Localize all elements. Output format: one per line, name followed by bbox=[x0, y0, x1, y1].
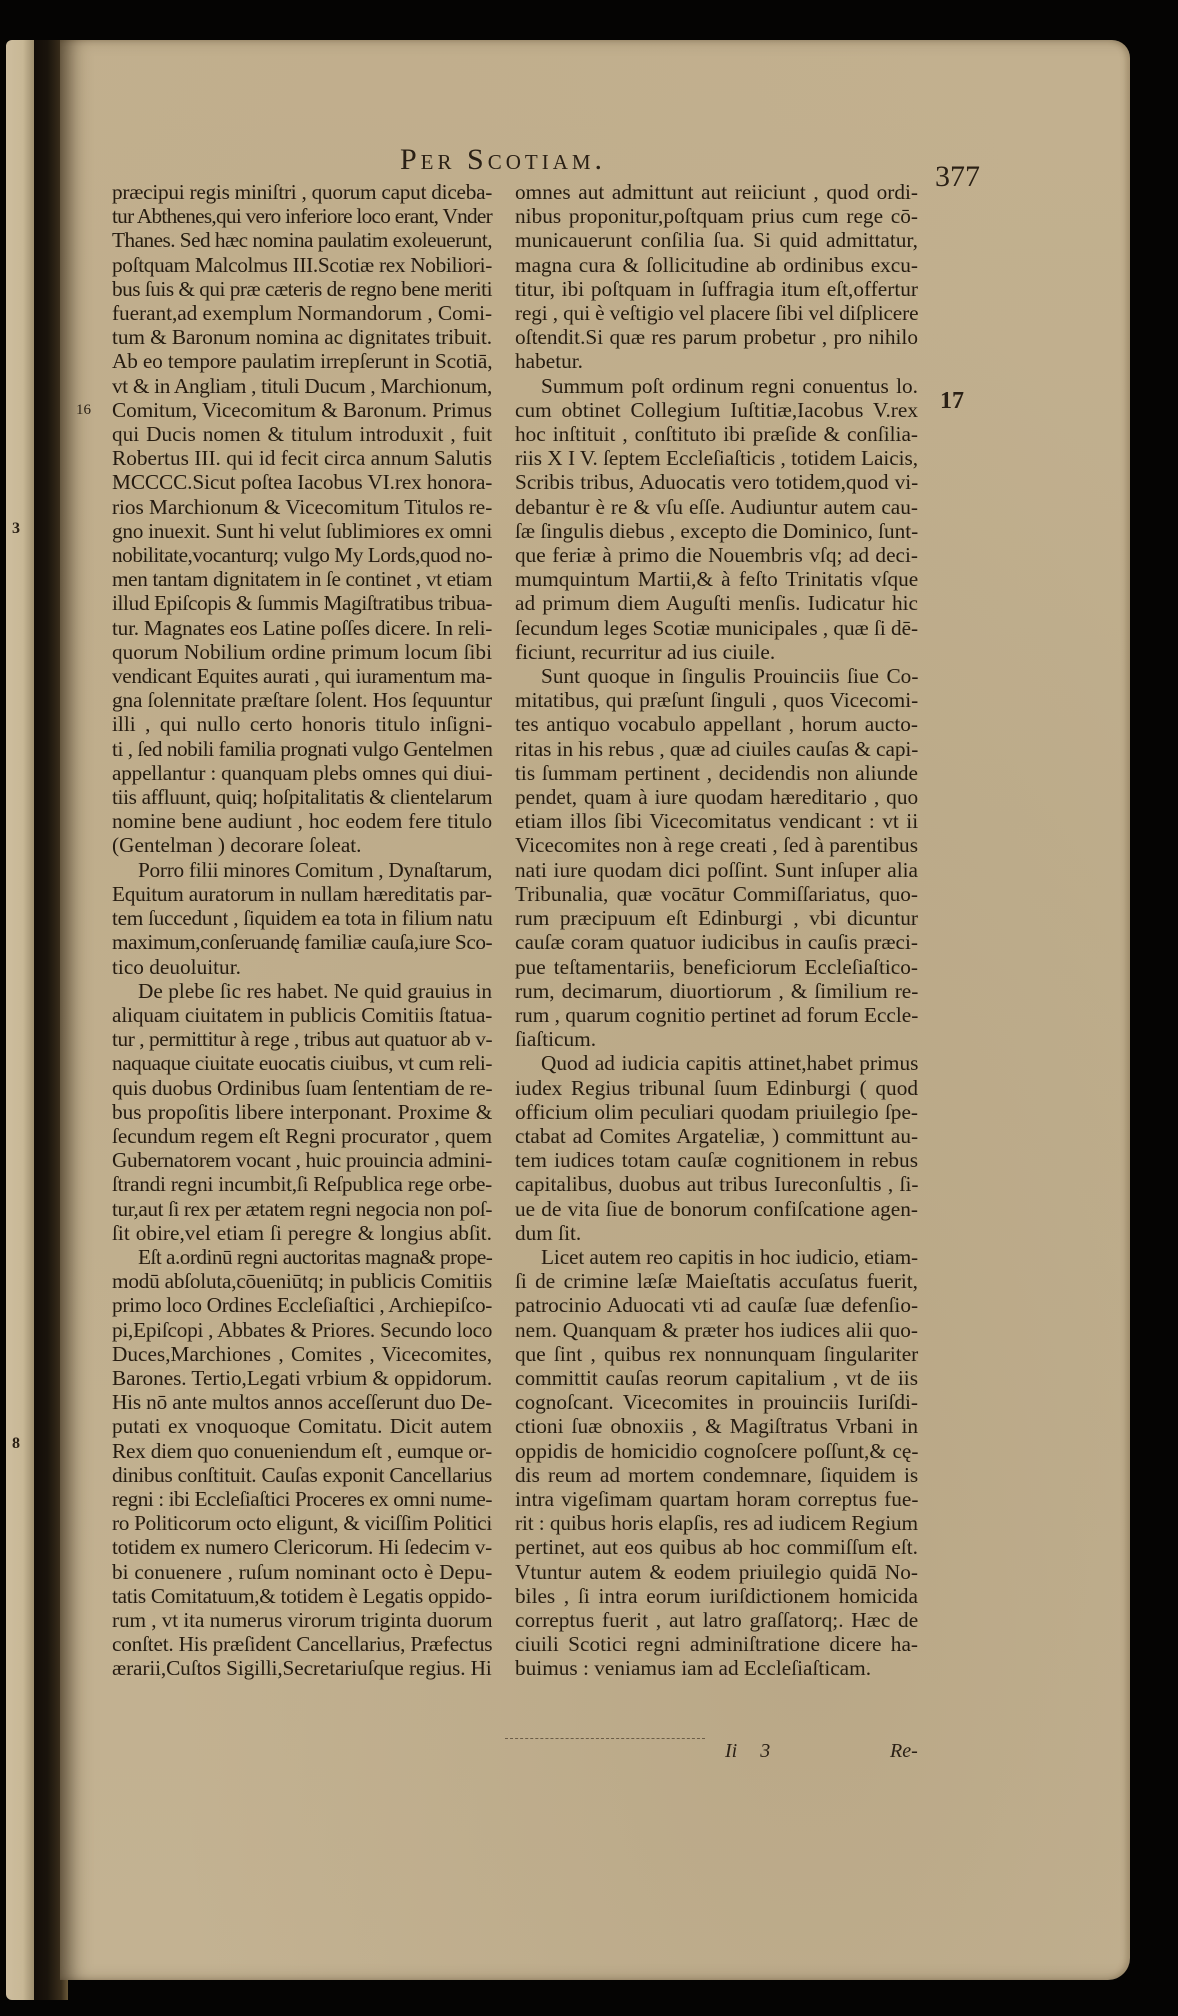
text-line: bi conuenere , ruſum nominant octo è Dep… bbox=[112, 1560, 492, 1584]
text-line: rum, decimarum, diuortiorum , & ſimilium… bbox=[515, 979, 918, 1003]
text-line: dis reum ad mortem condemnare, ſiquidem … bbox=[515, 1463, 918, 1487]
text-line: dinibus conſtituit. Cauſas exponit Cance… bbox=[112, 1463, 492, 1487]
text-line: totidem ex numero Clericorum. Hi ſedecim… bbox=[112, 1535, 492, 1559]
text-line: ærarii,Cuſtos Sigilli,Secretariuſque reg… bbox=[112, 1656, 492, 1680]
text-line: hoc inſtituit , conſtituto ibi præſide &… bbox=[515, 422, 918, 446]
text-line: tur. Magnates eos Latine poſſes dicere. … bbox=[112, 616, 492, 640]
text-line: quorum Nobilium ordine primum locum ſibi bbox=[112, 640, 492, 664]
text-line: Scribis tribus, Aduocatis vero totidem,q… bbox=[515, 470, 918, 494]
text-line: ad primum diem Auguſti menſis. Iudicatur… bbox=[515, 591, 918, 615]
text-line: habetur. bbox=[515, 349, 918, 373]
text-line: dum ſit. bbox=[515, 1221, 918, 1245]
text-line: Tribunalia, quæ vocātur Commiſſariatus, … bbox=[515, 882, 918, 906]
text-line: Porro filii minores Comitum , Dynaſtarum… bbox=[112, 858, 492, 882]
text-line: nibus proponitur,poſtquam prius cum rege… bbox=[515, 204, 918, 228]
text-line: nomine bene audiunt , hoc eodem fere tit… bbox=[112, 809, 492, 833]
text-line: Robertus III. qui id fecit circa annum S… bbox=[112, 446, 492, 470]
text-line: Quod ad iudicia capitis attinet,habet pr… bbox=[515, 1051, 918, 1075]
text-line: Barones. Tertio,Legati vrbium & oppidoru… bbox=[112, 1366, 492, 1390]
text-line: tur Abthenes,qui vero inferiore loco era… bbox=[112, 204, 492, 228]
text-line: (Gentelman ) decorare ſoleat. bbox=[112, 833, 492, 857]
margin-note-right: 17 bbox=[940, 388, 964, 415]
text-line: Gubernatorem vocant , huic prouincia adm… bbox=[112, 1148, 492, 1172]
text-line: ue de vita ſiue de bonorum confiſcatione… bbox=[515, 1197, 918, 1221]
text-line: tes antiquo vocabulo appellant , horum a… bbox=[515, 712, 918, 736]
text-line: ctabat ad Comites Argateliæ, ) committun… bbox=[515, 1124, 918, 1148]
text-line: rum præcipuum eſt Edinburgi , vbi dicunt… bbox=[515, 906, 918, 930]
text-line: ctioni ſuæ obnoxiis , & Magiſtratus Vrba… bbox=[515, 1414, 918, 1438]
text-line: iudex Regius tribunal ſuum Edinburgi ( q… bbox=[515, 1076, 918, 1100]
text-line: fuerant,ad exemplum Normandorum , Comi- bbox=[112, 301, 492, 325]
text-line: ſit obire,vel etiam ſi peregre & longius… bbox=[112, 1221, 492, 1245]
text-line: Duces,Marchiones , Comites , Vicecomites… bbox=[112, 1342, 492, 1366]
text-line: committit cauſas reorum capitalium , vt … bbox=[515, 1366, 918, 1390]
text-line: cauſæ coram quatuor iudicibus in cauſis … bbox=[515, 930, 918, 954]
text-line: bus propoſitis libere interponant. Proxi… bbox=[112, 1100, 492, 1124]
text-line: rios Marchionum & Vicecomitum Titulos re… bbox=[112, 495, 492, 519]
text-line: Equitum auratorum in nullam hæreditatis … bbox=[112, 882, 492, 906]
text-line: His nō ante multos annos acceſſerunt duo… bbox=[112, 1390, 492, 1414]
text-line: cum obtinet Collegium Iuſtitiæ,Iacobus V… bbox=[515, 398, 918, 422]
text-line: que feriæ à primo die Nouembris vſq; ad … bbox=[515, 543, 918, 567]
text-line: aliquam ciuitatem in publicis Comitiis ſ… bbox=[112, 1003, 492, 1027]
text-line: ciuili Scotici regni adminiſtratione dic… bbox=[515, 1632, 918, 1656]
text-line: patrocinio Aduocati vti ad cauſæ ſuæ def… bbox=[515, 1293, 918, 1317]
text-line: illi , qui nullo certo honoris titulo in… bbox=[112, 712, 492, 736]
text-line: quis duobus Ordinibus ſuam ſententiam de… bbox=[112, 1076, 492, 1100]
text-line: De plebe ſic res habet. Ne quid grauius … bbox=[112, 979, 492, 1003]
previous-page-mark: 8 bbox=[12, 1435, 20, 1453]
text-line: ſecundum leges Scotiæ municipales , quæ … bbox=[515, 616, 918, 640]
text-line: qui Ducis nomen & titulum introduxit , f… bbox=[112, 422, 492, 446]
text-line: tur,aut ſi rex per ætatem regni negocia … bbox=[112, 1197, 492, 1221]
text-line: vt & in Angliam , tituli Ducum , Marchio… bbox=[112, 374, 492, 398]
text-line: regi , qui è veſtigio vel placere ſibi v… bbox=[515, 301, 918, 325]
text-line: officium olim peculiari quodam priuilegi… bbox=[515, 1100, 918, 1124]
text-line: putati ex vnoquoque Comitatu. Dicit aute… bbox=[112, 1414, 492, 1438]
text-line: magna cura & ſollicitudine ab ordinibus … bbox=[515, 253, 918, 277]
text-line: maximum,conſeruandę familiæ cauſa,iure S… bbox=[112, 930, 492, 954]
text-line: cognoſcant. Vicecomites in prouinciis Iu… bbox=[515, 1390, 918, 1414]
text-line: Licet autem reo capitis in hoc iudicio, … bbox=[515, 1245, 918, 1269]
text-line: oppidis de homicidio cognoſcere poſſunt,… bbox=[515, 1439, 918, 1463]
text-line: buimus : veniamus iam ad Eccleſiaſticam. bbox=[515, 1656, 918, 1680]
text-line: pertinet, aut eos quibus ab hoc commiſſu… bbox=[515, 1535, 918, 1559]
text-line: bus ſuis & qui præ cæteris de regno bene… bbox=[112, 277, 492, 301]
text-line: rit : quibus horis elapſis, res ad iudic… bbox=[515, 1511, 918, 1535]
text-line: conſtet. His præſident Cancellarius, Præ… bbox=[112, 1632, 492, 1656]
left-text-column: præcipui regis miniſtri , quorum caput d… bbox=[112, 180, 492, 1681]
text-line: ſecundum regem eſt Regni procurator , qu… bbox=[112, 1124, 492, 1148]
text-line: rum , quarum cognitio pertinet ad forum … bbox=[515, 1003, 918, 1027]
text-line: rum , vt ita numerus virorum triginta du… bbox=[112, 1608, 492, 1632]
text-line: tiis affluunt, quiq; hoſpitalitatis & cl… bbox=[112, 785, 492, 809]
text-line: ro Politicorum octo eligunt, & viciſſim … bbox=[112, 1511, 492, 1535]
text-line: ritas in his rebus , quæ ad ciuiles cauſ… bbox=[515, 737, 918, 761]
text-line: mitatibus, qui præſunt ſinguli , quos Vi… bbox=[515, 688, 918, 712]
text-line: ſi de crimine læſæ Maieſtatis accuſatus … bbox=[515, 1269, 918, 1293]
text-line: etiam illos ſibi Vicecomitatus vendicant… bbox=[515, 809, 918, 833]
text-line: correptus fuerit , aut latro graſſatorq;… bbox=[515, 1608, 918, 1632]
previous-page-edge: 3 8 bbox=[6, 40, 34, 2000]
text-line: Rex diem quo conueniendum eſt , eumque o… bbox=[112, 1439, 492, 1463]
text-line: Ab eo tempore paulatim irrepſerunt in Sc… bbox=[112, 349, 492, 373]
signature-mark: Ii 3 bbox=[725, 1740, 770, 1763]
text-line: oſtendit.Si quæ res parum probetur , pro… bbox=[515, 325, 918, 349]
text-line: men tantam dignitatem in ſe continet , v… bbox=[112, 567, 492, 591]
text-line: biles , ſi intra eorum iuriſdictionem ho… bbox=[515, 1584, 918, 1608]
underline-rule bbox=[505, 1738, 705, 1739]
text-line: ficiunt, recurritur ad ius ciuile. bbox=[515, 640, 918, 664]
text-line: tem ſuccedunt , ſiquidem ea tota in fili… bbox=[112, 906, 492, 930]
text-line: tum & Baronum nomina ac dignitates tribu… bbox=[112, 325, 492, 349]
text-line: illud Epiſcopis & ſummis Magiſtratibus t… bbox=[112, 591, 492, 615]
previous-page-mark: 3 bbox=[12, 520, 20, 538]
text-line: Vtuntur autem & eodem priuilegio quidā N… bbox=[515, 1560, 918, 1584]
text-line: omnes aut admittunt aut reiiciunt , quod… bbox=[515, 180, 918, 204]
text-line: tis ſummam pertinent , decidendis non al… bbox=[515, 761, 918, 785]
text-line: ſiaſticum. bbox=[515, 1027, 918, 1051]
text-line: Eſt a.ordinū regni auctoritas magna& pro… bbox=[112, 1245, 492, 1269]
text-line: riis X I V. ſeptem Eccleſiaſticis , toti… bbox=[515, 446, 918, 470]
text-line: poſtquam Malcolmus III.Scotiæ rex Nobili… bbox=[112, 253, 492, 277]
text-line: gno inuexit. Sunt hi velut ſublimiores e… bbox=[112, 519, 492, 543]
text-line: nati iure quodam dici poſſint. Sunt inſu… bbox=[515, 858, 918, 882]
text-line: capitalibus, duobus aut tribus Iureconſu… bbox=[515, 1172, 918, 1196]
text-line: tatis Comitatuum,& totidem è Legatis opp… bbox=[112, 1584, 492, 1608]
running-head: Per Scotiam. bbox=[400, 143, 606, 177]
margin-note-left: 16 bbox=[76, 402, 91, 419]
catchword: Re- bbox=[890, 1740, 918, 1763]
text-line: primo loco Ordines Eccleſiaſtici , Archi… bbox=[112, 1293, 492, 1317]
right-text-column: omnes aut admittunt aut reiiciunt , quod… bbox=[515, 180, 918, 1681]
text-line: Summum poſt ordinum regni conuentus lo. bbox=[515, 374, 918, 398]
text-line: municauerunt conſilia ſua. Si quid admit… bbox=[515, 228, 918, 252]
text-line: intra vigeſimam quartam horam correptus … bbox=[515, 1487, 918, 1511]
text-line: Comitum, Vicecomitum & Baronum. Primus bbox=[112, 398, 492, 422]
page-number: 377 bbox=[935, 160, 980, 194]
text-line: præcipui regis miniſtri , quorum caput d… bbox=[112, 180, 492, 204]
text-line: pendet, quam à iure quodam hæreditario ,… bbox=[515, 785, 918, 809]
text-line: MCCCC.Sicut poſtea Iacobus VI.rex honora… bbox=[112, 470, 492, 494]
text-line: debantur è re & vſu eſſe. Audiuntur aute… bbox=[515, 495, 918, 519]
text-line: ſtrandi regni incumbit,ſi Reſpublica reg… bbox=[112, 1172, 492, 1196]
text-line: tico deuoluitur. bbox=[112, 955, 492, 979]
text-line: Vicecomites non à rege creati , ſed à pa… bbox=[515, 833, 918, 857]
text-line: que ſint , quibus rex nonnunquam ſingula… bbox=[515, 1342, 918, 1366]
text-line: naquaque ciuitate euocatis ciuibus, vt c… bbox=[112, 1051, 492, 1075]
text-line: appellantur : quanquam plebs omnes qui d… bbox=[112, 761, 492, 785]
text-line: ti , ſed nobili familia prognati vulgo G… bbox=[112, 737, 492, 761]
text-line: pi,Epiſcopi , Abbates & Priores. Secundo… bbox=[112, 1318, 492, 1342]
text-line: regni : ibi Eccleſiaſtici Proceres ex om… bbox=[112, 1487, 492, 1511]
text-line: modū abſoluta,cōueniūtq; in publicis Com… bbox=[112, 1269, 492, 1293]
text-line: tur , permittitur à rege , tribus aut qu… bbox=[112, 1027, 492, 1051]
text-line: vendicant Equites aurati , qui iuramentu… bbox=[112, 664, 492, 688]
text-line: gna ſolennitate præſtare ſolent. Hos ſeq… bbox=[112, 688, 492, 712]
text-line: nem. Quanquam & præter hos iudices alii … bbox=[515, 1318, 918, 1342]
text-line: ſæ ſingulis diebus , excepto die Dominic… bbox=[515, 519, 918, 543]
text-line: nobilitate,vocanturq; vulgo My Lords,quo… bbox=[112, 543, 492, 567]
text-line: tem iudices totam cauſæ cognitionem in r… bbox=[515, 1148, 918, 1172]
text-line: mumquintum Martii,& à feſto Trinitatis v… bbox=[515, 567, 918, 591]
text-line: titur, ibi poſtquam in ſuffragia itum eſ… bbox=[515, 277, 918, 301]
text-line: Sunt quoque in ſingulis Prouinciis ſiue … bbox=[515, 664, 918, 688]
text-line: pue teſtamentariis, beneficiorum Eccleſi… bbox=[515, 955, 918, 979]
text-line: Thanes. Sed hæc nomina paulatim exoleuer… bbox=[112, 228, 492, 252]
